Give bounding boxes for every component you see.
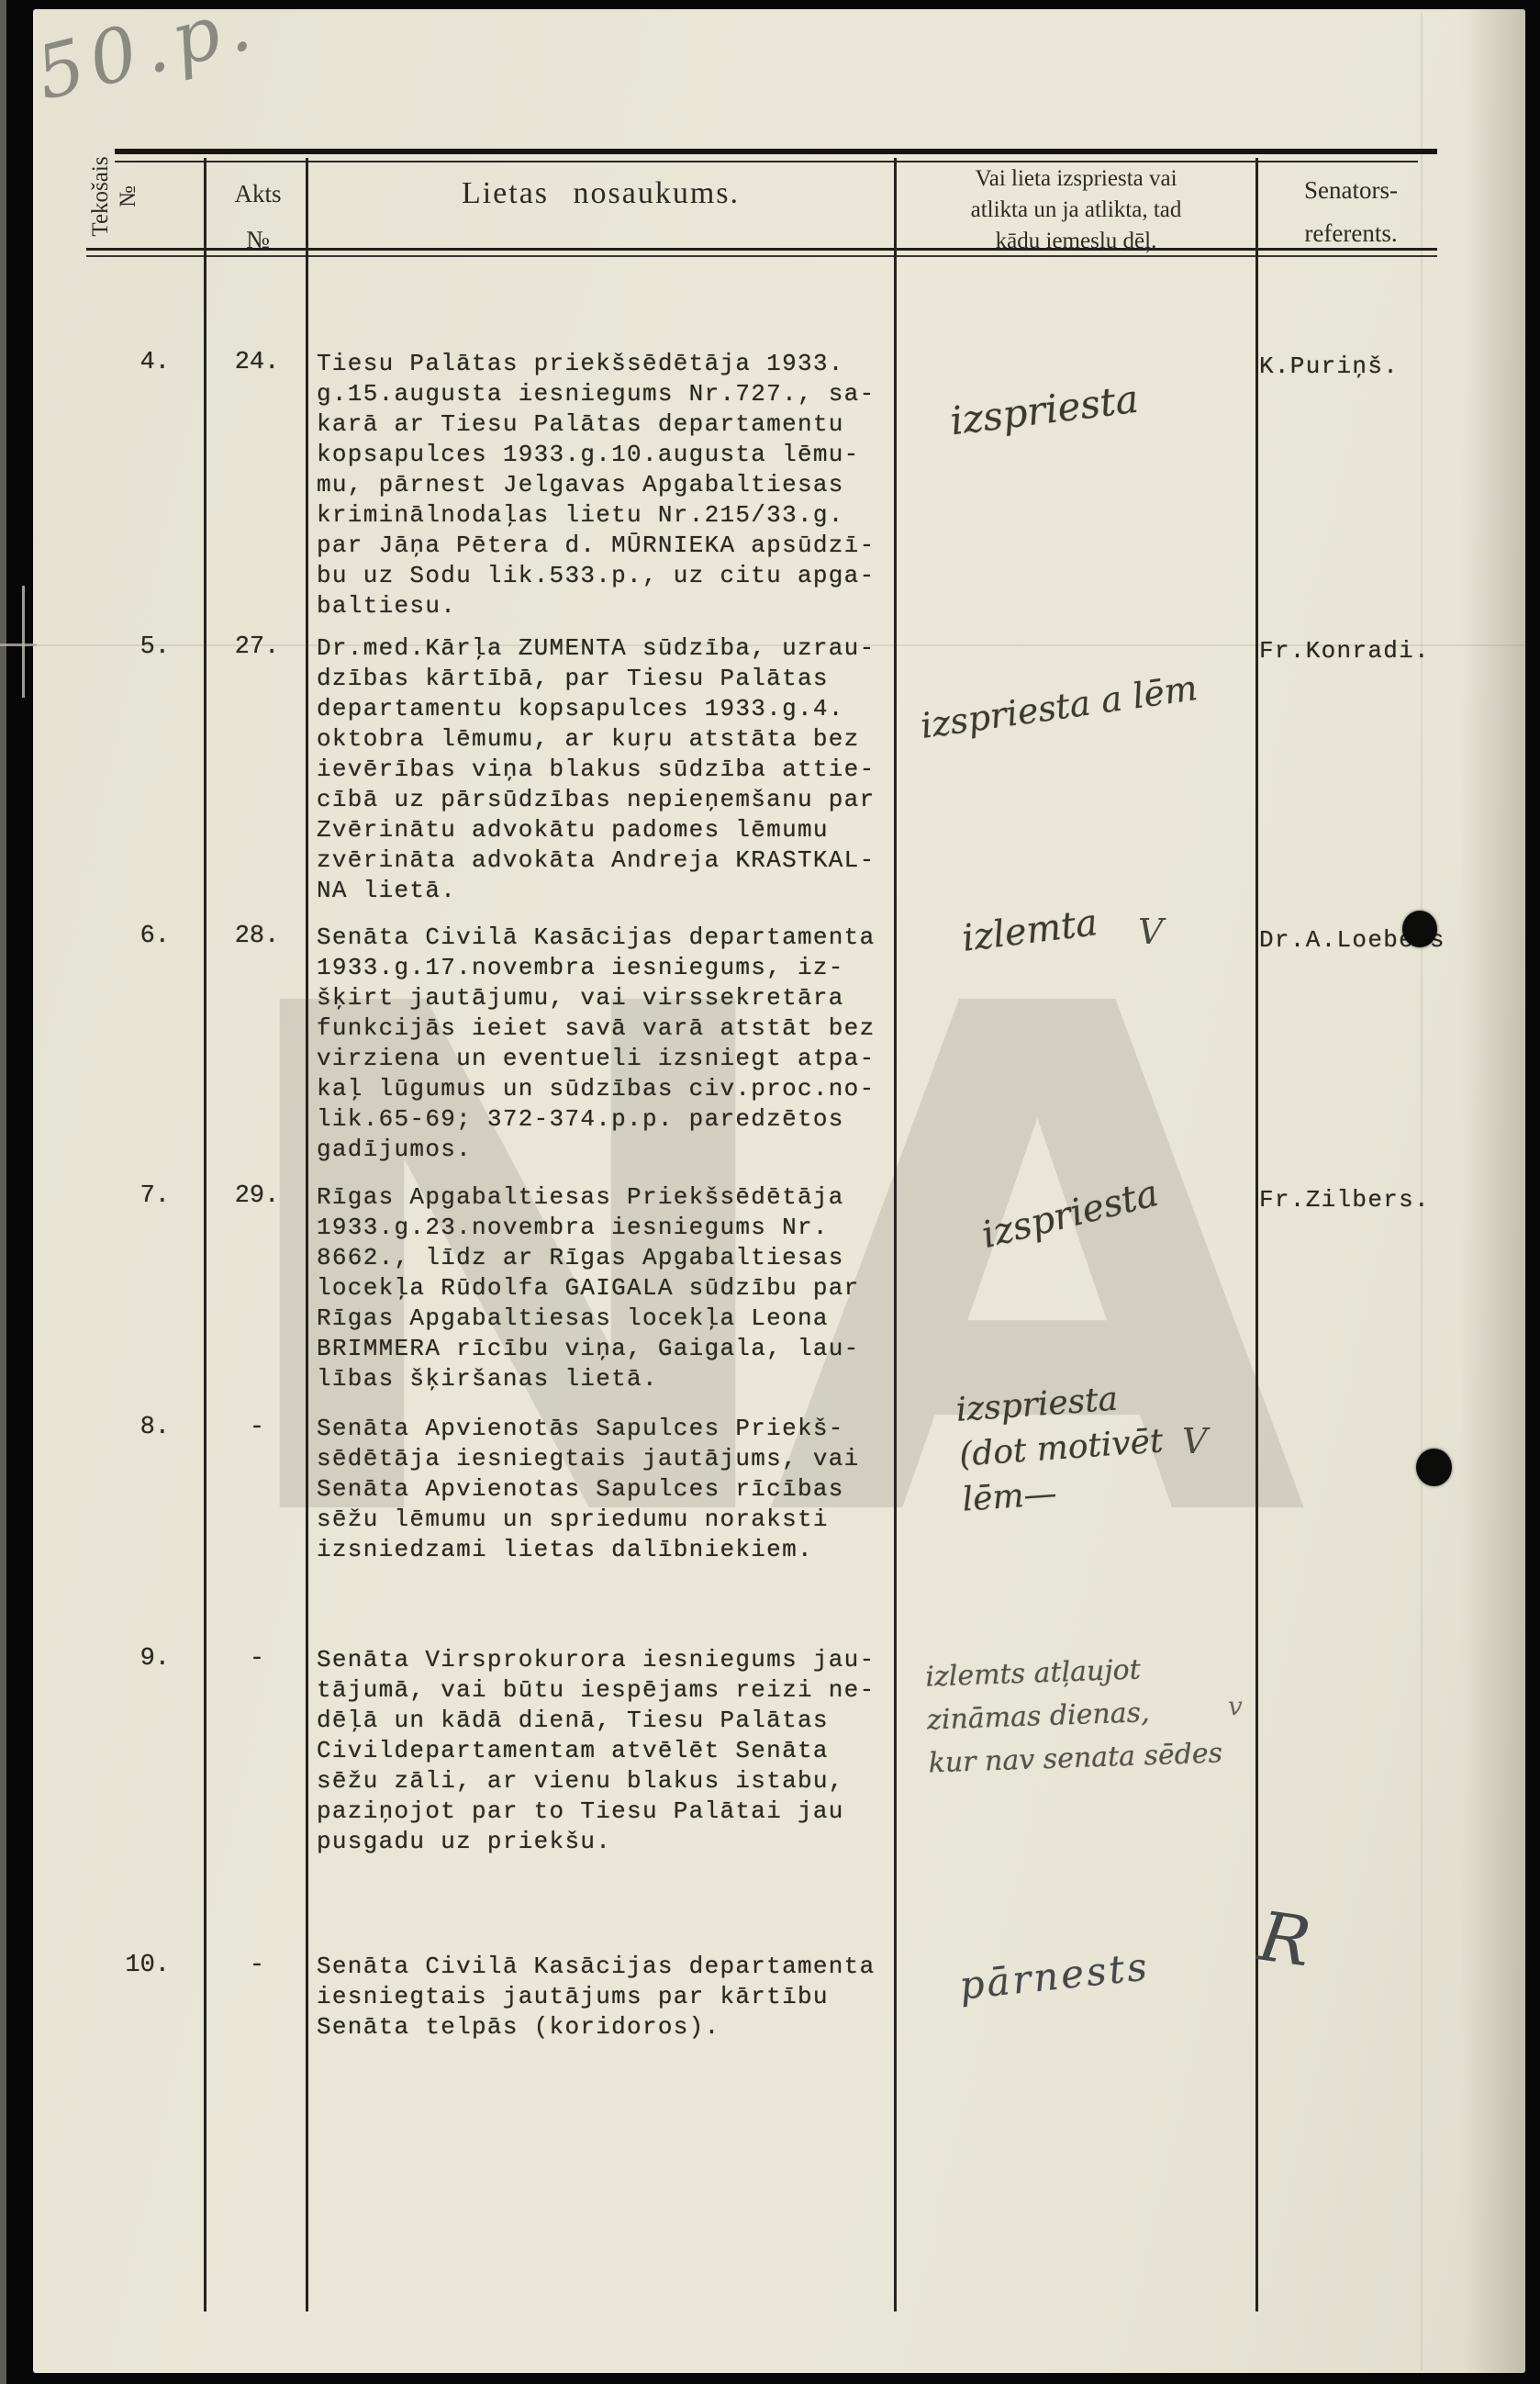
header-outcome: Vai lieta izspriesta vai atlikta un ja a… (904, 163, 1248, 257)
punch-hole (1402, 911, 1437, 947)
scan-scratch (22, 586, 25, 698)
header-running-number: Tekošais № (63, 118, 166, 274)
running-number: 10. (73, 1952, 170, 1979)
column-divider (306, 158, 308, 2311)
running-number: 6. (73, 923, 170, 950)
case-text: Senāta Virsprokurora iesniegums jau- tāj… (317, 1645, 911, 1857)
fold-line (0, 644, 37, 646)
case-text: Senāta Apvienotās Sapulces Priekš- sēdēt… (317, 1414, 911, 1565)
handwritten-note: izspriesta (dot motivēt lēm— (954, 1373, 1167, 1522)
scanned-document-page: NA 50.p. Tekošais № Akts № Lietas nosauk… (0, 0, 1540, 2384)
punch-hole (1416, 1449, 1452, 1486)
running-number: 5. (73, 633, 170, 661)
check-mark: V (1182, 1421, 1207, 1461)
header-act-number: Akts № (209, 171, 307, 263)
case-text: Senāta Civilā Kasācijas departamenta 193… (317, 923, 911, 1165)
act-number: 28. (211, 923, 303, 950)
act-number: - (211, 1414, 303, 1441)
act-number: - (211, 1952, 303, 1979)
header-case-title: Lietas nosaukums. (307, 176, 895, 211)
column-divider (1255, 158, 1258, 2311)
senator-name: Dr.A.Loebers (1259, 926, 1525, 954)
handwritten-note: izlemts atļaujot zināmas dienas, kur nav… (925, 1645, 1223, 1785)
running-number: 8. (73, 1414, 170, 1441)
scan-edge (0, 0, 6, 2384)
case-text: Senāta Civilā Kasācijas departamenta ies… (317, 1952, 911, 2043)
act-number: 29. (211, 1182, 303, 1210)
senator-name: Fr.Zilbers. (1259, 1186, 1525, 1214)
header-senator: Senators- referents. (1259, 169, 1443, 255)
check-mark: v (1228, 1691, 1243, 1721)
check-mark: R (1254, 1897, 1315, 1983)
table-top-rule (115, 149, 1437, 154)
case-text: Tiesu Palātas priekšsēdētāja 1933. g.15.… (317, 349, 911, 621)
running-number: 9. (73, 1645, 170, 1673)
running-number: 4. (73, 349, 170, 376)
check-mark: V (1138, 912, 1163, 952)
act-number: - (211, 1645, 303, 1673)
senator-name: Fr.Konradi. (1259, 637, 1525, 665)
act-number: 27. (211, 633, 303, 661)
senator-name: K.Puriņš. (1259, 353, 1525, 380)
table-top-rule-thin (115, 161, 1418, 162)
case-text: Rīgas Apgabaltiesas Priekšsēdētāja 1933.… (317, 1182, 911, 1394)
running-number: 7. (73, 1182, 170, 1210)
case-text: Dr.med.Kārļa ZUMENTA sūdzība, uzrau- dzī… (317, 633, 911, 906)
act-number: 24. (211, 349, 303, 376)
column-divider (204, 158, 206, 2311)
